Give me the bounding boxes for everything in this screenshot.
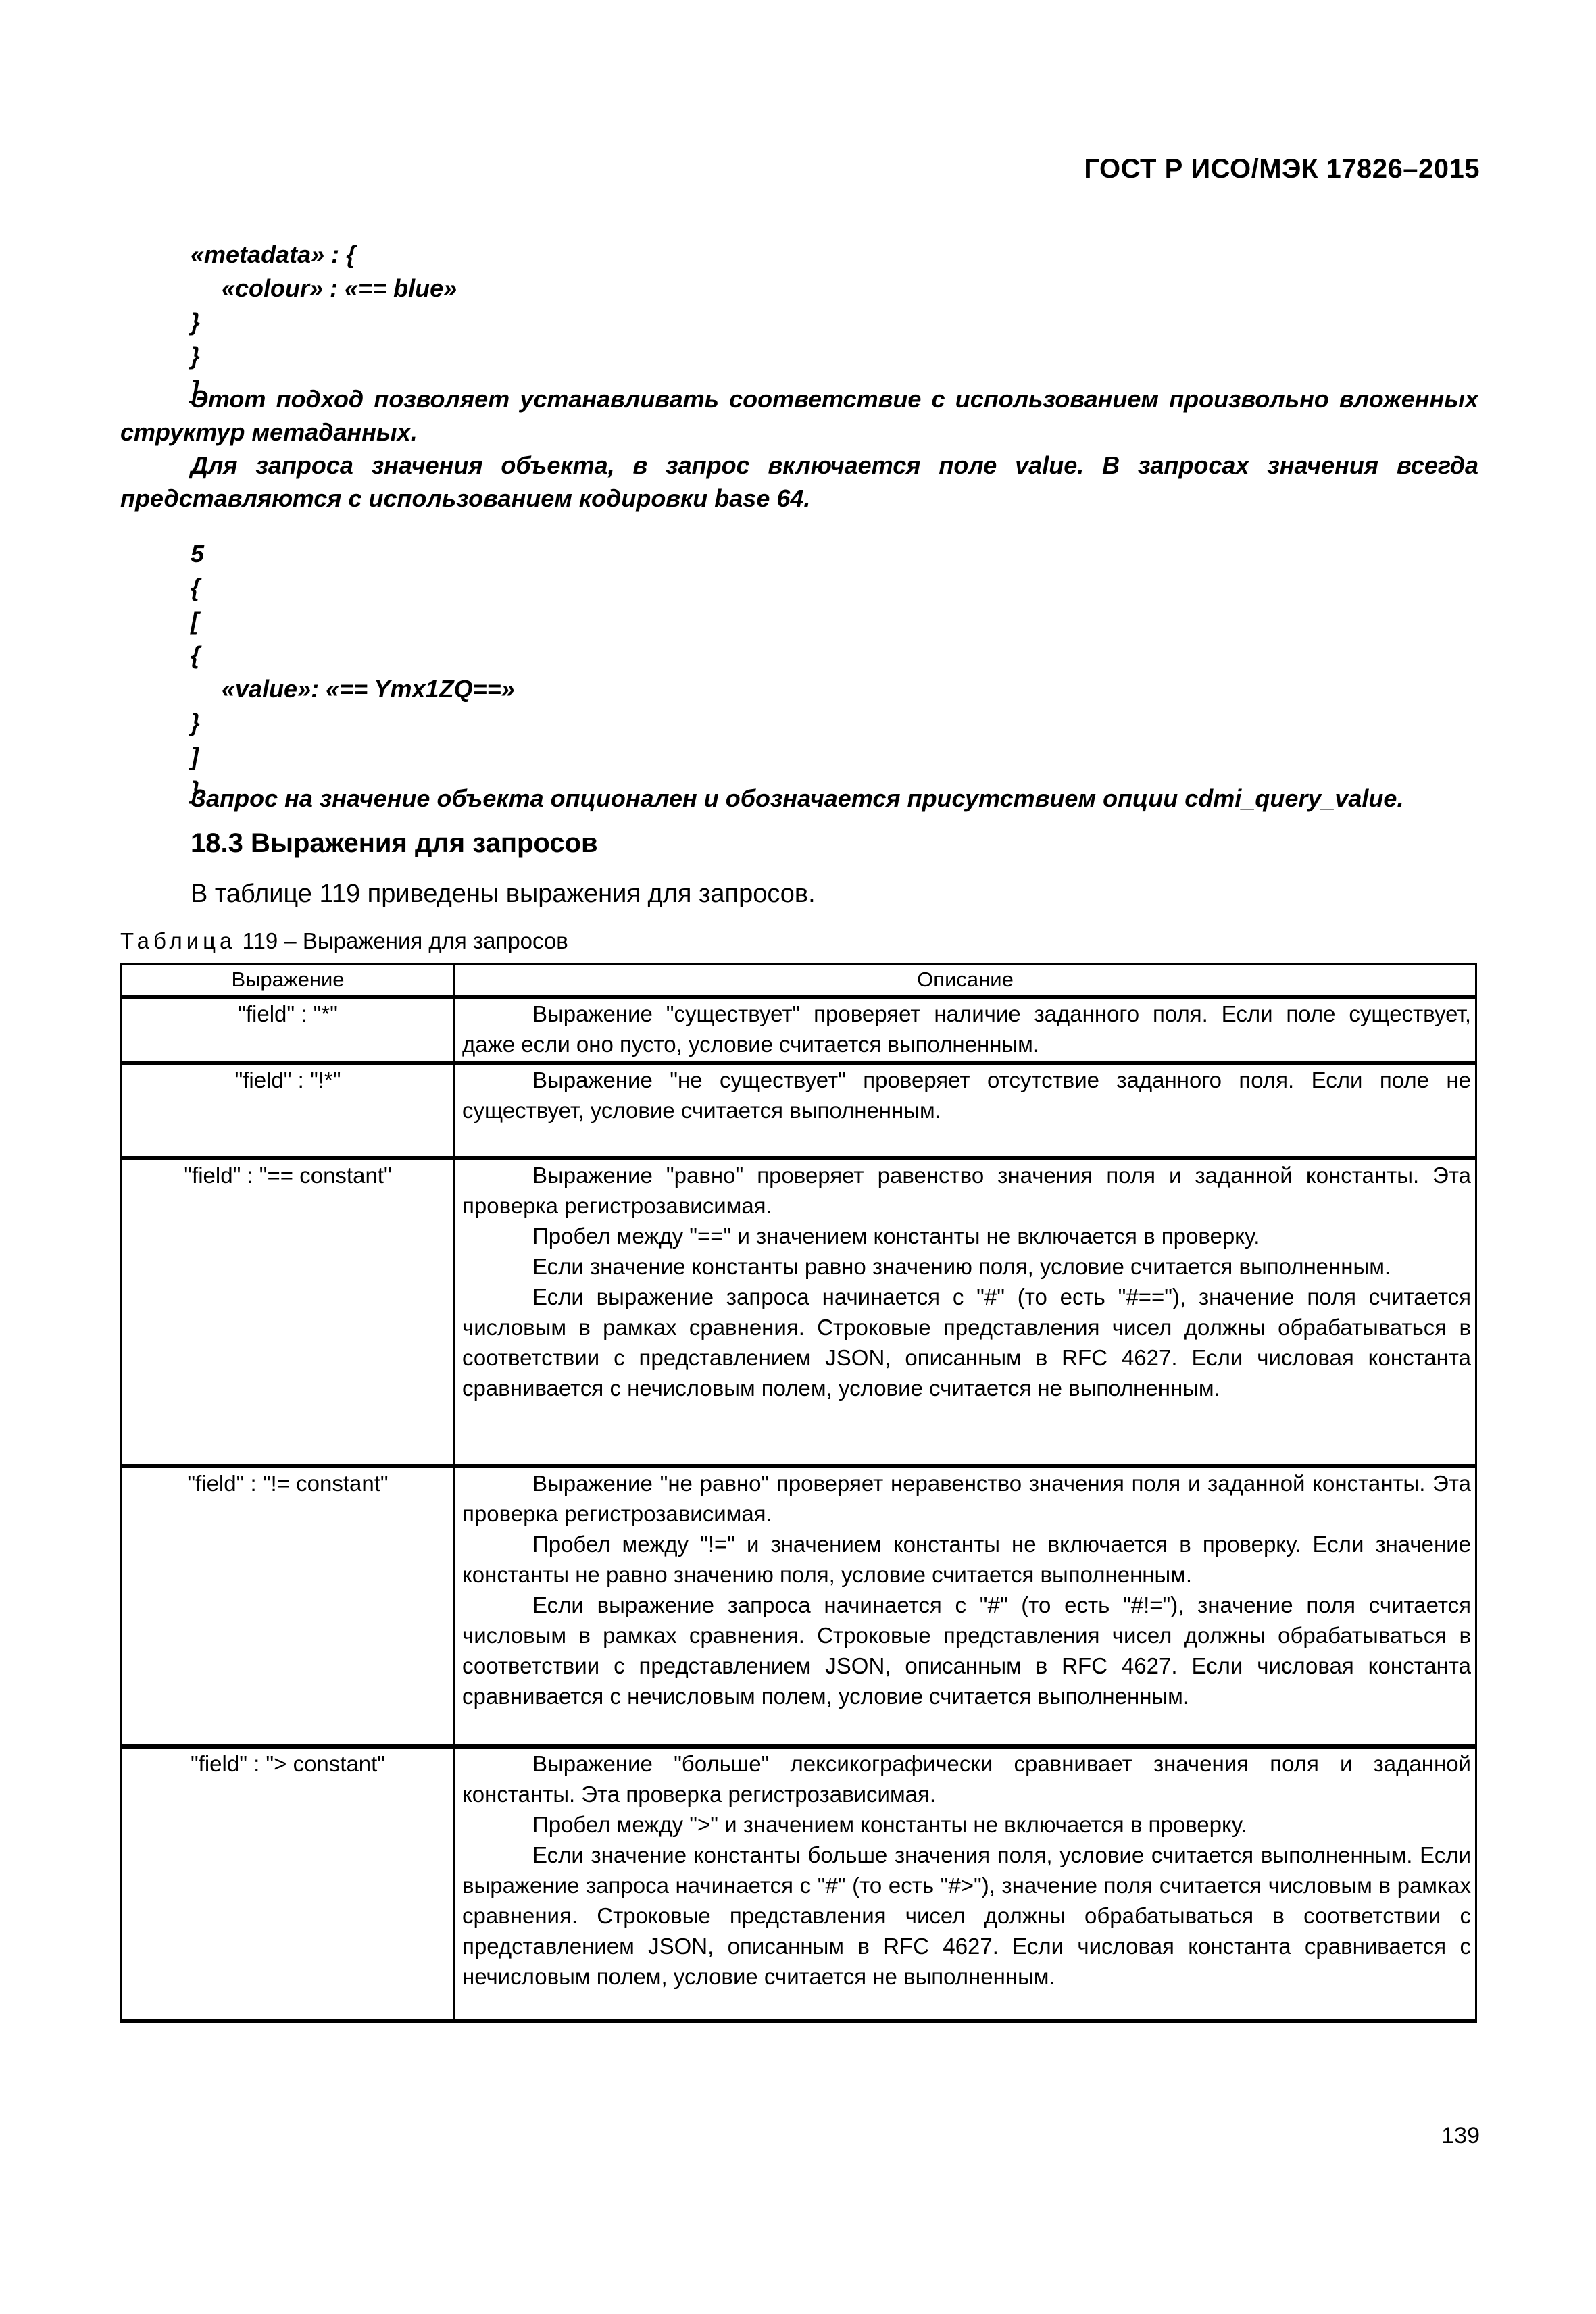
description-paragraph: Выражение "больше" лексикографически сра…	[462, 1749, 1471, 1809]
paragraph-query-value-option: Запрос на значение объекта опционален и …	[120, 782, 1478, 815]
code-line: «colour» : «== blue»	[191, 272, 457, 305]
table-row: "field" : "> constant"Выражение "больше"…	[122, 1746, 1476, 2021]
code-line: 5	[191, 537, 515, 571]
code-line: «metadata» : {	[191, 238, 457, 272]
paragraph-nested-structures: Этот подход позволяет устанавливать соот…	[120, 382, 1478, 449]
code-block-metadata: «metadata» : {«colour» : «== blue»}}]	[191, 238, 457, 407]
description-paragraph: Если значение константы равно значению п…	[462, 1251, 1471, 1282]
code-line: }	[191, 706, 515, 740]
code-line: }	[191, 305, 457, 339]
document-header: ГОСТ Р ИСО/МЭК 17826–2015	[1084, 154, 1480, 184]
description-cell: Выражение "не существует" проверяет отсу…	[455, 1063, 1476, 1158]
description-cell: Выражение "существует" проверяет наличие…	[455, 997, 1476, 1063]
table-caption: Таблица 119 – Выражения для запросов	[120, 928, 568, 954]
description-paragraph: Выражение "не равно" проверяет неравенст…	[462, 1468, 1471, 1529]
expression-cell: "field" : "*"	[122, 997, 455, 1063]
code-line: [	[191, 605, 515, 638]
expression-cell: "field" : "== constant"	[122, 1158, 455, 1466]
section-intro: В таблице 119 приведены выражения для за…	[191, 880, 816, 909]
table-caption-prefix: Таблица	[120, 928, 236, 953]
table-row: "field" : "!*"Выражение "не существует" …	[122, 1063, 1476, 1158]
code-line: {	[191, 638, 515, 672]
expression-cell: "field" : "!= constant"	[122, 1466, 455, 1746]
description-paragraph: Пробел между "==" и значением константы …	[462, 1221, 1471, 1251]
table-row: "field" : "*"Выражение "существует" пров…	[122, 997, 1476, 1063]
description-paragraph: Выражение "существует" проверяет наличие…	[462, 999, 1471, 1059]
paragraph-value-query: Для запроса значения объекта, в запрос в…	[120, 449, 1478, 515]
expressions-table: Выражение Описание "field" : "*"Выражени…	[120, 963, 1477, 2023]
description-cell: Выражение "не равно" проверяет неравенст…	[455, 1466, 1476, 1746]
description-paragraph: Выражение "не существует" проверяет отсу…	[462, 1065, 1471, 1126]
table-row: "field" : "== constant"Выражение "равно"…	[122, 1158, 1476, 1466]
description-paragraph: Выражение "равно" проверяет равенство зн…	[462, 1160, 1471, 1221]
expression-cell: "field" : "> constant"	[122, 1746, 455, 2021]
description-cell: Выражение "равно" проверяет равенство зн…	[455, 1158, 1476, 1466]
column-header-expression: Выражение	[122, 964, 455, 997]
code-block-value: 5{[{«value»: «== Ymx1ZQ==»}]}	[191, 537, 515, 807]
table-header-row: Выражение Описание	[122, 964, 1476, 997]
description-paragraph: Если выражение запроса начинается с "#" …	[462, 1282, 1471, 1403]
table-caption-title: 119 – Выражения для запросов	[236, 928, 568, 953]
description-paragraph: Пробел между ">" и значением константы н…	[462, 1809, 1471, 1840]
description-paragraph: Пробел между "!=" и значением константы …	[462, 1529, 1471, 1590]
description-paragraph: Если значение константы больше значения …	[462, 1840, 1471, 1992]
description-cell: Выражение "больше" лексикографически сра…	[455, 1746, 1476, 2021]
table-row: "field" : "!= constant"Выражение "не рав…	[122, 1466, 1476, 1746]
code-line: ]	[191, 740, 515, 774]
page-number: 139	[1441, 2123, 1480, 2149]
code-line: «value»: «== Ymx1ZQ==»	[191, 672, 515, 706]
description-paragraph: Если выражение запроса начинается с "#" …	[462, 1590, 1471, 1711]
column-header-description: Описание	[455, 964, 1476, 997]
expression-cell: "field" : "!*"	[122, 1063, 455, 1158]
code-line: }	[191, 339, 457, 373]
code-line: {	[191, 571, 515, 605]
section-title: 18.3 Выражения для запросов	[191, 828, 598, 859]
